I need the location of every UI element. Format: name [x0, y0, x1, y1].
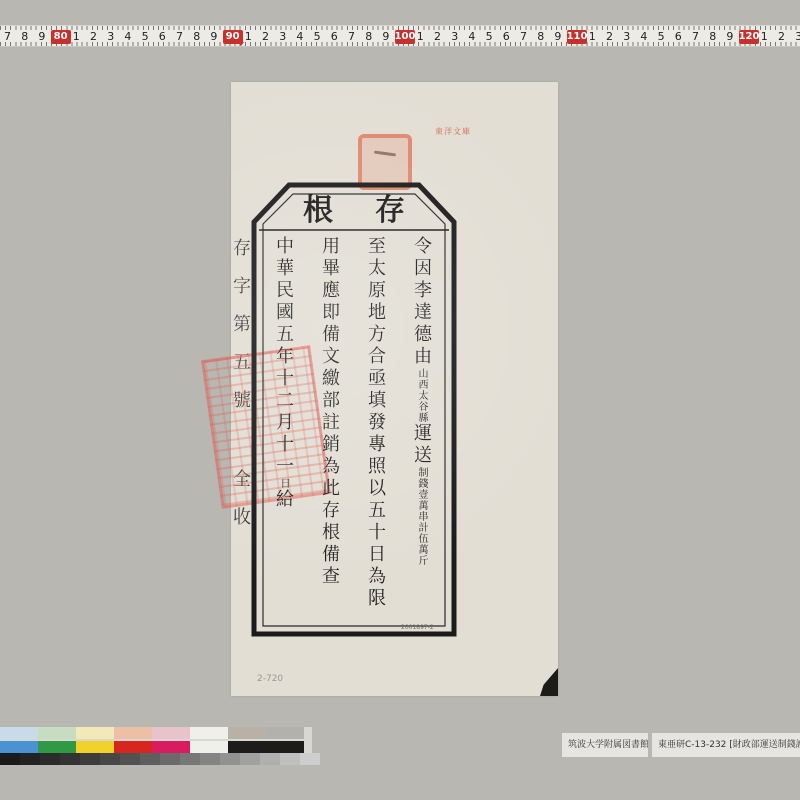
- ruler-number: 8: [532, 30, 549, 44]
- gray-swatch: [180, 753, 200, 765]
- ruler-number: 1: [756, 30, 773, 44]
- color-swatch: [152, 741, 190, 753]
- gray-swatch: [40, 753, 60, 765]
- document-paper: 東洋文庫 存字第五號 全收 存 根 令因李達德由山西太谷縣運送制錢壹萬串計伍萬斤…: [231, 82, 558, 696]
- text-column-1: 令因李達德由山西太谷縣運送制錢壹萬串計伍萬斤: [411, 236, 431, 566]
- ruler-number: 2: [429, 30, 446, 44]
- ruler-number: 7: [0, 30, 16, 44]
- ruler-number: 5: [481, 30, 498, 44]
- ruler-number: 7: [515, 30, 532, 44]
- ruler-number: 6: [326, 30, 343, 44]
- color-checker-bottom-row: [0, 741, 304, 753]
- frame-border: [251, 182, 457, 637]
- ruler-number: 7: [343, 30, 360, 44]
- color-checker-top-row: [0, 727, 304, 739]
- color-swatch: [114, 727, 152, 739]
- ruler-number: 2: [85, 30, 102, 44]
- gray-swatch: [0, 753, 20, 765]
- ruler-number: 6: [670, 30, 687, 44]
- title-char-cun: 存: [375, 196, 405, 226]
- gray-scale-strip: [0, 753, 320, 765]
- ruler-number: 4: [463, 30, 480, 44]
- ruler-number: 9: [377, 30, 394, 44]
- document-frame: 存 根 令因李達德由山西太谷縣運送制錢壹萬串計伍萬斤 至太原地方合亟填發專照以五…: [251, 182, 457, 637]
- ruler-number: 1: [412, 30, 429, 44]
- gray-swatch: [240, 753, 260, 765]
- gray-swatch: [200, 753, 220, 765]
- color-swatch: [228, 741, 266, 753]
- ruler-number: 6: [154, 30, 171, 44]
- seal-square-top: [358, 134, 412, 190]
- ruler-number: 3: [274, 30, 291, 44]
- gray-swatch: [160, 753, 180, 765]
- catalog-number: 2001897-2: [401, 624, 434, 631]
- color-swatch: [0, 727, 38, 739]
- ruler-number: 2: [257, 30, 274, 44]
- ruler-number: 9: [205, 30, 222, 44]
- text-column-2: 至太原地方合亟填發專照以五十日為限: [365, 236, 385, 610]
- color-swatch: [38, 727, 76, 739]
- color-swatch: [152, 727, 190, 739]
- measuring-ruler: 7898012345678990123456789100123456789110…: [0, 25, 800, 47]
- ruler-number: 5: [137, 30, 154, 44]
- ruler-number: 3: [618, 30, 635, 44]
- half-characters-left-edge: 存字第五號 全收: [227, 238, 253, 545]
- ruler-number: 7: [687, 30, 704, 44]
- seal-large-red: [201, 345, 331, 509]
- ruler-number: 1: [68, 30, 85, 44]
- ruler-number: 8: [16, 30, 33, 44]
- ruler-number: 9: [549, 30, 566, 44]
- color-swatch: [266, 741, 304, 753]
- text-column-3: 用畢應即備文繳部註銷為此存根備查: [319, 236, 339, 588]
- ruler-number: 4: [291, 30, 308, 44]
- pencil-number: 2-720: [257, 674, 283, 684]
- gray-swatch: [280, 753, 300, 765]
- color-swatch: [0, 741, 38, 753]
- color-swatch: [266, 727, 304, 739]
- ruler-pointer-icon: [238, 42, 244, 46]
- color-swatch: [76, 727, 114, 739]
- color-swatch: [38, 741, 76, 753]
- catalog-label: 東亜研C-13-232 [財政部運送制錢護照]存根: [652, 733, 800, 757]
- title-char-gen: 根: [303, 196, 333, 226]
- gray-swatch: [220, 753, 240, 765]
- ruler-number: 5: [653, 30, 670, 44]
- gray-swatch: [260, 753, 280, 765]
- ruler-number: 2: [773, 30, 790, 44]
- ruler-number: 6: [498, 30, 515, 44]
- ruler-number: 8: [704, 30, 721, 44]
- paper-damage-corner: [540, 668, 558, 696]
- library-label: 筑波大学附属図書館: [562, 733, 648, 757]
- gray-swatch: [120, 753, 140, 765]
- ruler-number: 8: [188, 30, 205, 44]
- ruler-number: 9: [721, 30, 738, 44]
- gray-swatch: [300, 753, 320, 765]
- ruler-number: 5: [309, 30, 326, 44]
- ruler-number: 8: [360, 30, 377, 44]
- ruler-number: 3: [102, 30, 119, 44]
- ruler-number: 9: [33, 30, 50, 44]
- gray-swatch: [100, 753, 120, 765]
- ruler-number: 3: [790, 30, 800, 44]
- ruler-number: 4: [635, 30, 652, 44]
- gray-swatch: [60, 753, 80, 765]
- color-swatch: [190, 741, 228, 753]
- color-swatch: [190, 727, 228, 739]
- ruler-number: 3: [446, 30, 463, 44]
- gray-swatch: [80, 753, 100, 765]
- color-swatch: [228, 727, 266, 739]
- ruler-number: 7: [171, 30, 188, 44]
- ruler-number: 2: [601, 30, 618, 44]
- ruler-number: 1: [584, 30, 601, 44]
- gray-swatch: [140, 753, 160, 765]
- text-column-4-date: 中華民國五年十二月十一日給: [273, 236, 293, 511]
- seal-mark: [374, 150, 396, 156]
- ruler-number: 4: [119, 30, 136, 44]
- color-swatch: [114, 741, 152, 753]
- red-collection-stamp: 東洋文庫: [435, 126, 471, 137]
- color-swatch: [76, 741, 114, 753]
- gray-swatch: [20, 753, 40, 765]
